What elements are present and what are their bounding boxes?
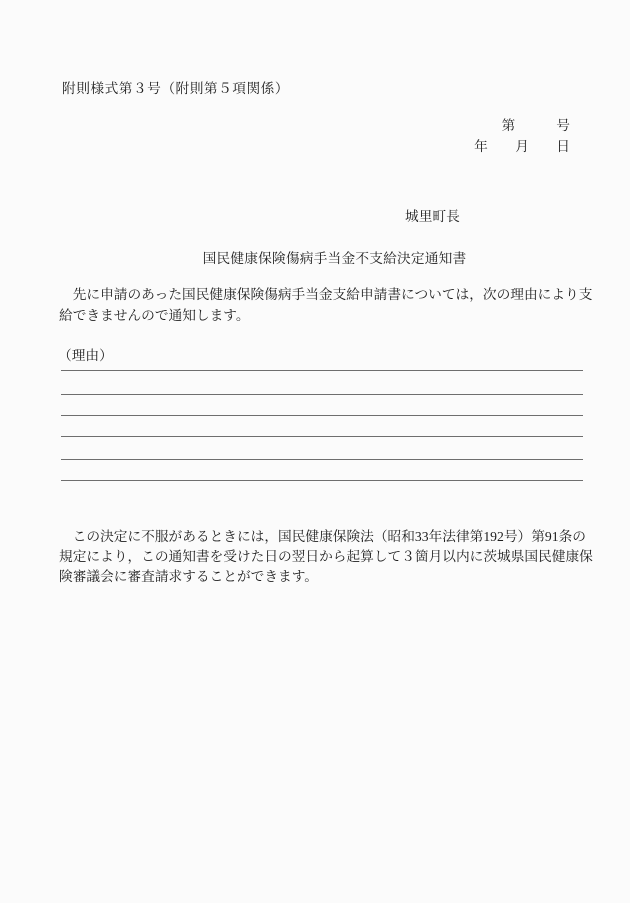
form-reference: 附則様式第３号（附則第５項関係） [62,77,289,97]
reason-blank-line [61,394,583,395]
notice-body-paragraph: 先に申請のあった国民健康保険傷病手当金支給申請書については，次の理由により支 給… [59,284,615,326]
reason-blank-line [61,370,583,371]
appeal-paragraph: この決定に不服があるときには，国民健康保険法（昭和33年法律第192号）第91条… [59,527,615,587]
reason-blank-line [61,459,583,460]
document-title: 国民健康保険傷病手当金不支給決定通知書 [0,247,630,267]
reason-blank-line [61,480,583,481]
document-number: 第 号 [502,114,570,134]
reason-label: （理由） [58,344,113,364]
addressee: 城里町長 [405,205,460,225]
reason-blank-line [61,415,583,416]
document-page: 附則様式第３号（附則第５項関係） 第 号 年 月 日 城里町長 国民健康保険傷病… [0,0,630,903]
reason-blank-line [61,436,583,437]
issue-date: 年 月 日 [474,135,570,155]
